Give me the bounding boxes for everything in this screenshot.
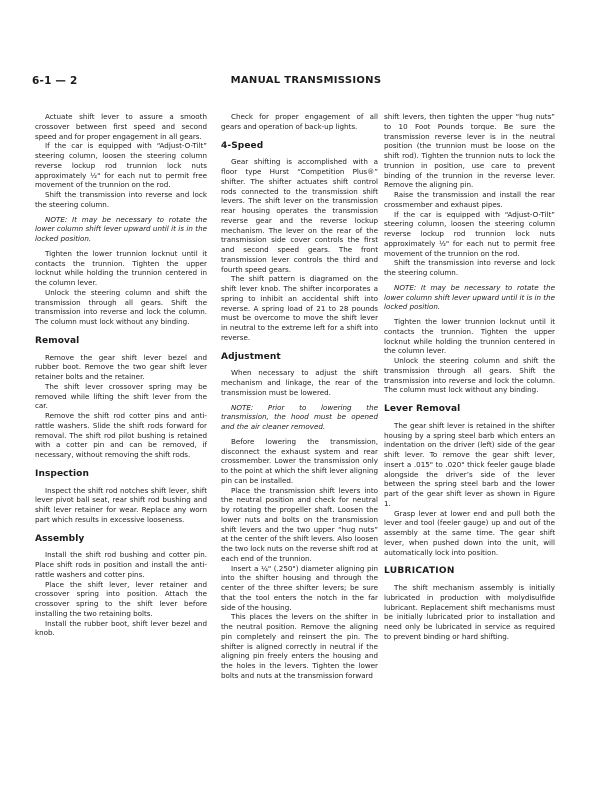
paragraph: Grasp lever at lower end and pull both t… [384, 509, 555, 558]
paragraph: Place the shift lever, lever retainer an… [35, 580, 207, 619]
section-heading-assembly: Assembly [35, 535, 207, 545]
paragraph: Gear shifting is accomplished with a flo… [221, 157, 378, 274]
paragraph: Shift the transmission into reverse and … [35, 190, 207, 210]
section-heading-lever-removal: Lever Removal [384, 405, 555, 415]
paragraph: Inspect the shift rod notches shift leve… [35, 486, 207, 525]
section-heading-adjustment: Adjustment [221, 353, 378, 363]
page-title: MANUAL TRANSMISSIONS [0, 75, 612, 86]
paragraph: If the car is equipped with “Adjust-O-Ti… [35, 141, 207, 190]
paragraph: Unlock the steering column and shift the… [384, 356, 555, 395]
paragraph: This places the levers on the shifter in… [221, 612, 378, 680]
section-heading-lubrication: LUBRICATION [384, 567, 555, 577]
note: NOTE: Prior to lowering the transmission… [221, 403, 378, 432]
paragraph: Raise the transmission and install the r… [384, 190, 555, 210]
paragraph: Actuate shift lever to assure a smooth c… [35, 112, 207, 141]
paragraph: Tighten the lower trunnion locknut until… [35, 249, 207, 288]
paragraph: Place the transmission shift levers into… [221, 486, 378, 564]
section-heading-inspection: Inspection [35, 470, 207, 480]
paragraph: Before lowering the transmission, discon… [221, 437, 378, 486]
paragraph: Check for proper engagement of all gears… [221, 112, 378, 132]
paragraph: Unlock the steering column and shift the… [35, 288, 207, 327]
note: NOTE: It may be necessary to rotate the … [384, 283, 555, 312]
column-2: Check for proper engagement of all gears… [221, 112, 378, 681]
paragraph: Install the rubber boot, shift lever bez… [35, 619, 207, 639]
paragraph: Remove the gear shift lever bezel and ru… [35, 353, 207, 382]
paragraph: Shift the transmission into reverse and … [384, 258, 555, 278]
paragraph: The shift pattern is diagramed on the sh… [221, 274, 378, 342]
paragraph: When necessary to adjust the shift mecha… [221, 368, 378, 397]
section-heading-4-speed: 4-Speed [221, 142, 378, 152]
column-1: Actuate shift lever to assure a smooth c… [35, 112, 207, 638]
paragraph: Remove the shift rod cotter pins and ant… [35, 411, 207, 460]
paragraph-continued: shift levers, then tighten the upper “hu… [384, 112, 555, 190]
paragraph: Install the shift rod bushing and cotter… [35, 550, 207, 579]
paragraph: The gear shift lever is retained in the … [384, 421, 555, 509]
paragraph: Insert a ¼" (.250") diameter aligning pi… [221, 564, 378, 613]
column-3: shift levers, then tighten the upper “hu… [384, 112, 555, 642]
paragraph: Tighten the lower trunnion locknut until… [384, 317, 555, 356]
paragraph: If the car is equipped with “Adjust-O-Ti… [384, 210, 555, 259]
paragraph: The shift mechanism assembly is initiall… [384, 583, 555, 642]
paragraph: The shift lever crossover spring may be … [35, 382, 207, 411]
note: NOTE: It may be necessary to rotate the … [35, 215, 207, 244]
section-heading-removal: Removal [35, 337, 207, 347]
